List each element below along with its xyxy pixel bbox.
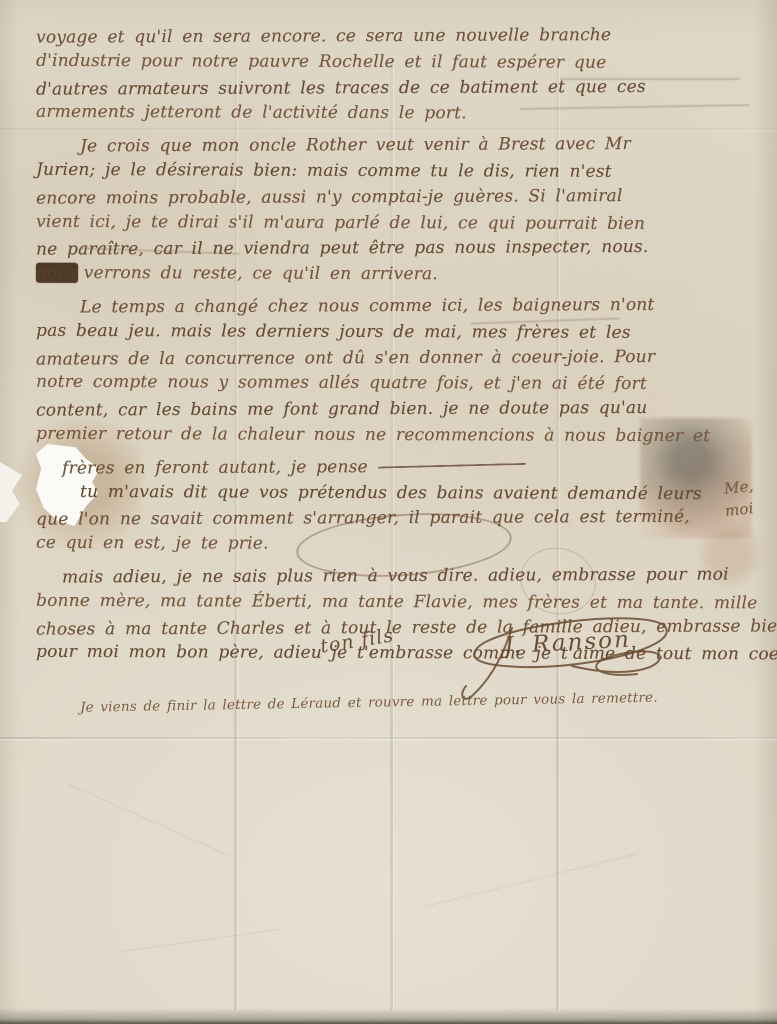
signature-name: J. Ranson <box>499 627 631 660</box>
letter-line: que l'on ne savait comment s'arranger, i… <box>36 505 750 534</box>
letter-line: frères en feront autant, je pense <box>36 453 750 482</box>
letter-line: nousverrons du reste, ce qu'il en arrive… <box>36 261 750 289</box>
letter-line: encore moins probable, aussi n'y comptai… <box>36 183 750 212</box>
letter-line: Jurien; je le désirerais bien: mais comm… <box>36 158 750 186</box>
letter-line: d'industrie pour notre pauvre Rochelle e… <box>36 49 750 77</box>
letter-line: notre compte nous y sommes allés quatre … <box>36 370 750 398</box>
torn-paper-edge <box>0 462 22 522</box>
letter-line: armements jetteront de l'activité dans l… <box>36 100 750 128</box>
letter-line: Le temps a changé chez nous comme ici, l… <box>36 292 750 321</box>
letter-line: voyage et qu'il en sera encore. ce sera … <box>36 22 750 51</box>
letter-line: content, car les bains me font grand bie… <box>36 396 750 425</box>
paper-crease <box>121 929 280 952</box>
letter-line: d'autres armateurs suivront les traces d… <box>36 74 750 103</box>
postscript-line: Je viens de finir la lettre de Léraud et… <box>80 688 740 716</box>
crossed-out-word: nous <box>36 263 78 283</box>
letter-line: tu m'avais dit que vos prétendus des bai… <box>36 479 750 507</box>
letter-page: voyage et qu'il en sera encore. ce sera … <box>0 0 777 1024</box>
letter-body: voyage et qu'il en sera encore. ce sera … <box>36 24 750 667</box>
letter-line: Je crois que mon oncle Rother veut venir… <box>36 132 750 161</box>
paper-crease <box>423 853 637 907</box>
letter-line: mais adieu, je ne sais plus rien à vous … <box>36 562 750 591</box>
letter-line: ne paraître, car il ne viendra peut être… <box>36 235 750 264</box>
horizontal-fold-crease <box>0 737 777 739</box>
letter-line: pas beau jeu. mais les derniers jours de… <box>36 319 750 347</box>
margin-word-fragment: moi <box>724 496 755 525</box>
letter-line: vient ici, je te dirai s'il m'aura parlé… <box>36 209 750 237</box>
letter-line: ce qui en est, je te prie. <box>36 531 750 559</box>
pen-dash-stroke <box>378 463 526 469</box>
letter-line: amateurs de la concurrence ont dû s'en d… <box>36 344 750 373</box>
paper-crease <box>68 783 233 857</box>
letter-line: premier retour de la chaleur nous ne rec… <box>36 422 750 450</box>
